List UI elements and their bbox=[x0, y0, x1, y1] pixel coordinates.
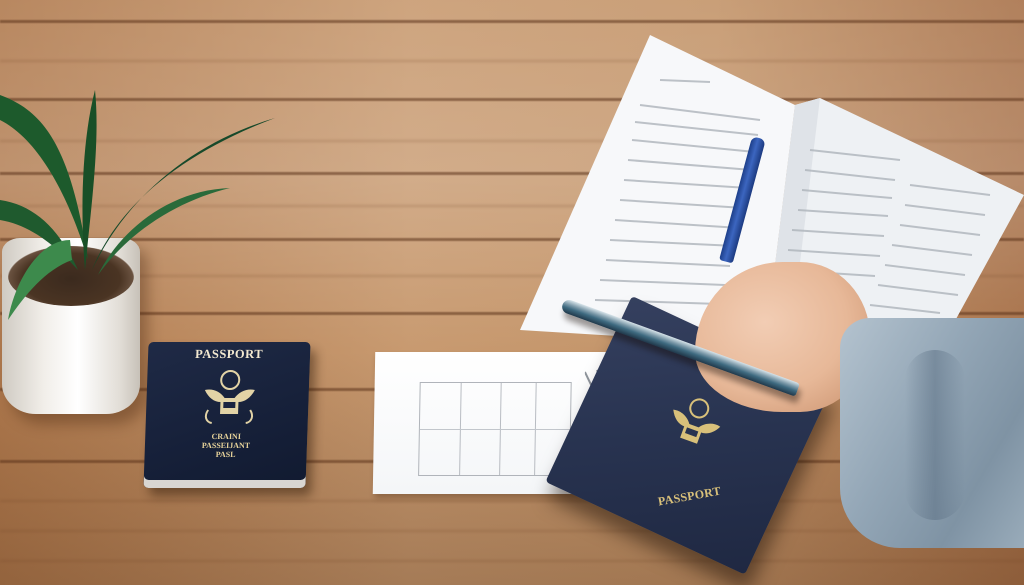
passport-title: PASSPORT bbox=[657, 484, 722, 510]
subtitle-line: CRAINI bbox=[145, 432, 307, 441]
desk-scene: PASSPORT CRAINI PASSEIJANT PASL bbox=[0, 0, 1024, 585]
wood-plank-seam bbox=[0, 20, 1024, 23]
subtitle-line: PASL bbox=[144, 450, 306, 459]
subtitle-line: PASSEIJANT bbox=[145, 441, 307, 450]
wood-grain bbox=[0, 560, 1024, 562]
passport-title: PASSPORT bbox=[148, 347, 311, 362]
plant-leaves bbox=[0, 80, 290, 340]
sleeve-fold bbox=[905, 350, 965, 520]
passport-subtitle: CRAINI PASSEIJANT PASL bbox=[144, 432, 307, 459]
eagle-seal-icon bbox=[194, 368, 266, 428]
passport-left: PASSPORT CRAINI PASSEIJANT PASL bbox=[143, 342, 310, 488]
form-table bbox=[418, 382, 572, 476]
